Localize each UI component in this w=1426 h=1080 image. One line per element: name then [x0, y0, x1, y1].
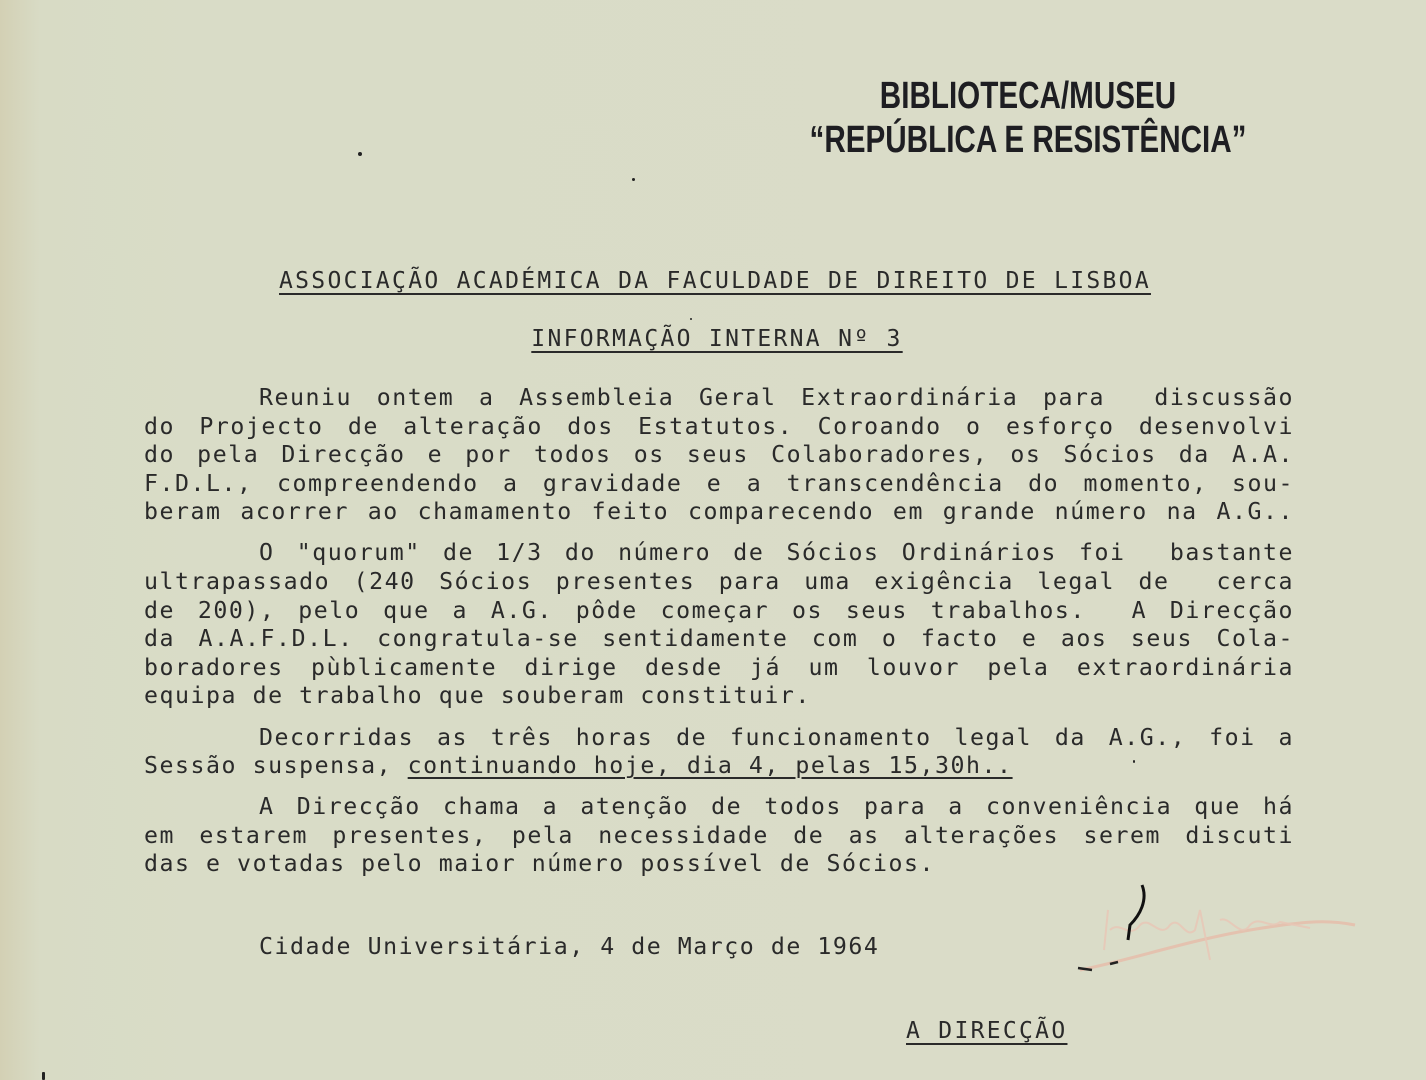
text-line: Reuniu ontem a Assembleia Geral Extraord…: [144, 384, 1294, 413]
text-line: boradores pùblicamente dirige desde já u…: [144, 654, 1294, 683]
dateline: Cidade Universitária, 4 de Março de 1964: [259, 933, 879, 960]
stamp-line-1: BIBLIOTECA/MUSEU: [794, 74, 1262, 118]
scan-speck: [42, 1072, 45, 1080]
text-line: equipa de trabalho que souberam constitu…: [144, 682, 1294, 711]
scan-speck: [690, 318, 692, 320]
text-line: A Direcção chama a atenção de todos para…: [144, 793, 1294, 822]
organization-heading-text: ASSOCIAÇÃO ACADÉMICA DA FACULDADE DE DIR…: [279, 268, 1151, 294]
document-body: Reuniu ontem a Assembleia Geral Extraord…: [144, 384, 1294, 892]
signer-block: A DIRECÇÃO: [906, 1018, 1067, 1044]
text-line: do Projecto de alteração dos Estatutos. …: [144, 413, 1294, 442]
scan-speck: [358, 152, 362, 156]
handwritten-signature: [1070, 870, 1360, 980]
text-line: de 200), pelo que a A.G. pôde começar os…: [144, 597, 1294, 626]
stamp-line-2: “REPÚBLICA E RESISTÊNCIA”: [794, 118, 1262, 162]
paragraph-1: Reuniu ontem a Assembleia Geral Extraord…: [144, 384, 1294, 527]
library-stamp: BIBLIOTECA/MUSEU “REPÚBLICA E RESISTÊNCI…: [880, 74, 1176, 162]
document-title-text: INFORMAÇÃO INTERNA Nº 3: [531, 326, 902, 352]
text-line: O "quorum" de 1/3 do número de Sócios Or…: [144, 539, 1294, 568]
scan-speck: [632, 178, 635, 181]
text-line: ultrapassado (240 Sócios presentes para …: [144, 568, 1294, 597]
text-line: do pela Direcção e por todos os seus Col…: [144, 441, 1294, 470]
signer-name: A DIRECÇÃO: [906, 1018, 1067, 1044]
organization-heading: ASSOCIAÇÃO ACADÉMICA DA FACULDADE DE DIR…: [0, 268, 1426, 294]
text-line: Sessão suspensa, continuando hoje, dia 4…: [144, 752, 1294, 781]
underlined-resume-notice: continuando hoje, dia 4, pelas 15,30h..: [408, 752, 1013, 779]
text-fragment: Sessão suspensa,: [144, 752, 408, 779]
text-line: Decorridas as três horas de funcionament…: [144, 724, 1294, 753]
paragraph-3: Decorridas as três horas de funcionament…: [144, 724, 1294, 781]
text-line: da A.A.F.D.L. congratula-se sentidamente…: [144, 625, 1294, 654]
text-line: F.D.L., compreendendo a gravidade e a tr…: [144, 470, 1294, 499]
paragraph-2: O "quorum" de 1/3 do número de Sócios Or…: [144, 539, 1294, 711]
paragraph-4: A Direcção chama a atenção de todos para…: [144, 793, 1294, 879]
text-line: em estarem presentes, pela necessidade d…: [144, 822, 1294, 851]
document-title: INFORMAÇÃO INTERNA Nº 3: [0, 326, 1426, 352]
text-line: beram acorrer ao chamamento feito compar…: [144, 498, 1294, 527]
